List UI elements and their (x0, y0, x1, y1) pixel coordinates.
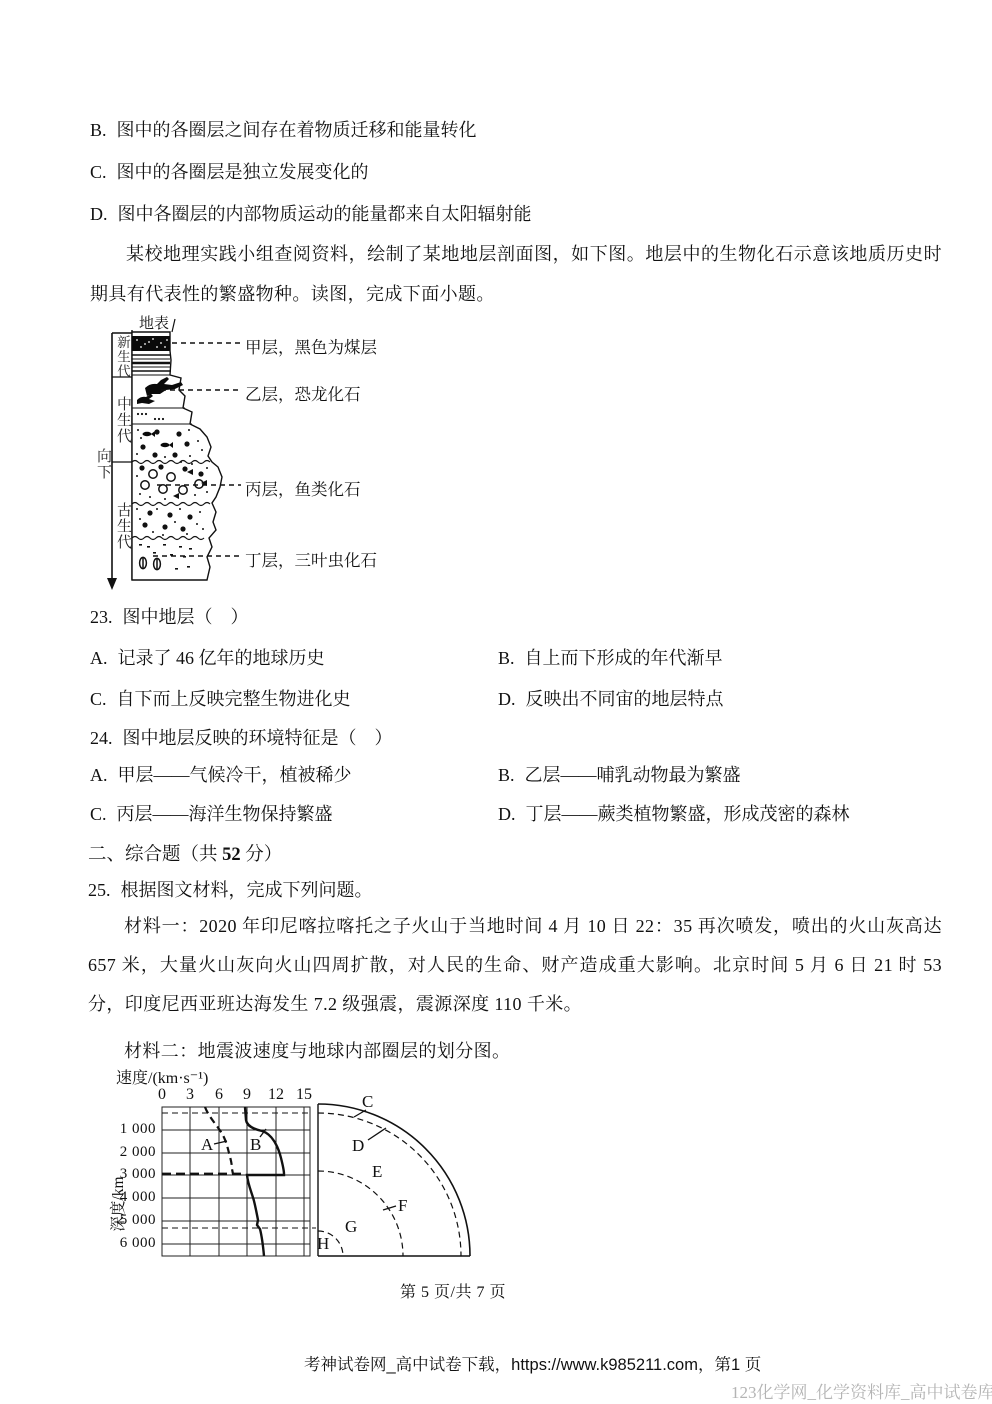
question-stem-text: 图中地层（ ） (123, 607, 249, 627)
option-label: D. (90, 203, 108, 225)
x-axis-title: 速度/(km·s⁻¹) (116, 1065, 208, 1088)
question-23-stem: 23.图中地层（ ） (90, 606, 249, 628)
option-label: B. (90, 119, 107, 141)
option-text: 图中的各圈层之间存在着物质迁移和能量转化 (117, 120, 477, 140)
option-line: C.图中的各圈层是独立发展变化的 (90, 161, 369, 183)
surface-arc (318, 1104, 470, 1256)
curve-label-a: A (201, 1135, 213, 1155)
core-mantle-arc (318, 1171, 403, 1256)
q24-option-b: B.乙层——哺乳动物最为繁盛 (498, 764, 741, 786)
downward-label: 向下 (94, 448, 112, 498)
option-text: 图中的各圈层是独立发展变化的 (117, 162, 369, 182)
page-number: 第 5 页/共 7 页 (400, 1279, 506, 1302)
earth-interior-diagram (318, 1104, 470, 1256)
era-label-mesozoic: 中生代 (114, 396, 132, 454)
section-score: 52 (222, 845, 241, 865)
q24-option-c: C.丙层——海洋生物保持繁盛 (90, 803, 333, 825)
q23-option-b: B.自上而下形成的年代渐早 (498, 647, 723, 669)
region-label-g: G (345, 1217, 357, 1237)
strat-diagram: 地表 新生代 中生代 古生代 向下 甲层，黑色为煤层 乙层，恐龙化石 丙层，鱼类… (95, 316, 440, 616)
y-tick: 2 000 (114, 1144, 156, 1161)
question-stem-text: 根据图文材料，完成下列问题。 (121, 880, 373, 900)
question-number: 25. (88, 879, 111, 901)
question-number: 23. (90, 606, 113, 628)
q23-option-c: C.自下而上反映完整生物进化史 (90, 688, 351, 710)
coal-layer (132, 336, 170, 351)
layer-label-yi: 乙层，恐龙化石 (245, 381, 361, 405)
q24-option-d: D.丁层——蕨类植物繁盛，形成茂密的森林 (498, 803, 850, 825)
moho-arc (318, 1113, 461, 1256)
surface-label: 地表 (139, 312, 169, 333)
x-tick: 9 (235, 1086, 259, 1104)
region-label-f: F (398, 1196, 407, 1216)
q24-option-a: A.甲层——气候冷干，植被稀少 (90, 764, 352, 786)
y-tick: 1 000 (114, 1121, 156, 1138)
footer-site-line: 考神试卷网_高中试卷下载，https://www.k985211.com，第1 … (304, 1351, 761, 1375)
option-label: C. (90, 161, 107, 183)
region-label-e: E (372, 1162, 382, 1182)
watermark: 123化学网_化学资料库_高中试卷库 (731, 1378, 992, 1403)
region-label-d: D (352, 1136, 364, 1156)
era-label-cenozoic: 新生代 (114, 335, 131, 379)
question-stem-text: 图中地层反映的环境特征是（ ） (123, 728, 393, 748)
region-label-h: H (317, 1234, 329, 1254)
seismic-chart: 速度/(km·s⁻¹) 0 3 6 9 12 15 1 000 2 000 3 … (100, 1065, 485, 1265)
question-24-stem: 24.图中地层反映的环境特征是（ ） (90, 727, 393, 749)
strat-diagram-graphic (95, 316, 440, 616)
q23-option-d: D.反映出不同宙的地层特点 (498, 688, 724, 710)
x-tick: 12 (264, 1086, 288, 1104)
q23-option-a: A.记录了 46 亿年的地球历史 (90, 647, 325, 669)
material-1-paragraph: 材料一：2020 年印尼喀拉喀托之子火山于当地时间 4 月 10 日 22：35… (88, 907, 942, 1024)
region-label-c: C (362, 1092, 373, 1112)
x-tick: 0 (150, 1086, 174, 1104)
era-label-paleozoic: 古生代 (114, 502, 132, 554)
p-wave-curve (245, 1107, 284, 1256)
x-tick: 3 (178, 1086, 202, 1104)
exam-page: B.图中的各圈层之间存在着物质迁移和能量转化 C.图中的各圈层是独立发展变化的 … (0, 0, 992, 1404)
intro-paragraph: 某校地理实践小组查阅资料，绘制了某地地层剖面图，如下图。地层中的生物化石示意该地… (90, 234, 942, 314)
option-line: B.图中的各圈层之间存在着物质迁移和能量转化 (90, 119, 477, 141)
option-text: 图中各圈层的内部物质运动的能量都来自太阳辐射能 (118, 204, 532, 224)
question-number: 24. (90, 727, 113, 749)
layer-label-bing: 丙层，鱼类化石 (245, 476, 361, 500)
y-axis-title: 深度/km (106, 1161, 124, 1247)
curve-label-b: B (250, 1135, 261, 1155)
x-tick: 15 (292, 1086, 316, 1104)
section-2-title: 二、综合题（共 52 分） (88, 840, 282, 866)
x-tick: 6 (207, 1086, 231, 1104)
down-arrow-icon (107, 578, 117, 590)
layer-label-jia: 甲层，黑色为煤层 (245, 334, 377, 358)
question-25-stem: 25.根据图文材料，完成下列问题。 (88, 879, 373, 901)
layer-label-ding: 丁层，三叶虫化石 (245, 547, 377, 571)
option-line: D.图中各圈层的内部物质运动的能量都来自太阳辐射能 (90, 203, 532, 225)
